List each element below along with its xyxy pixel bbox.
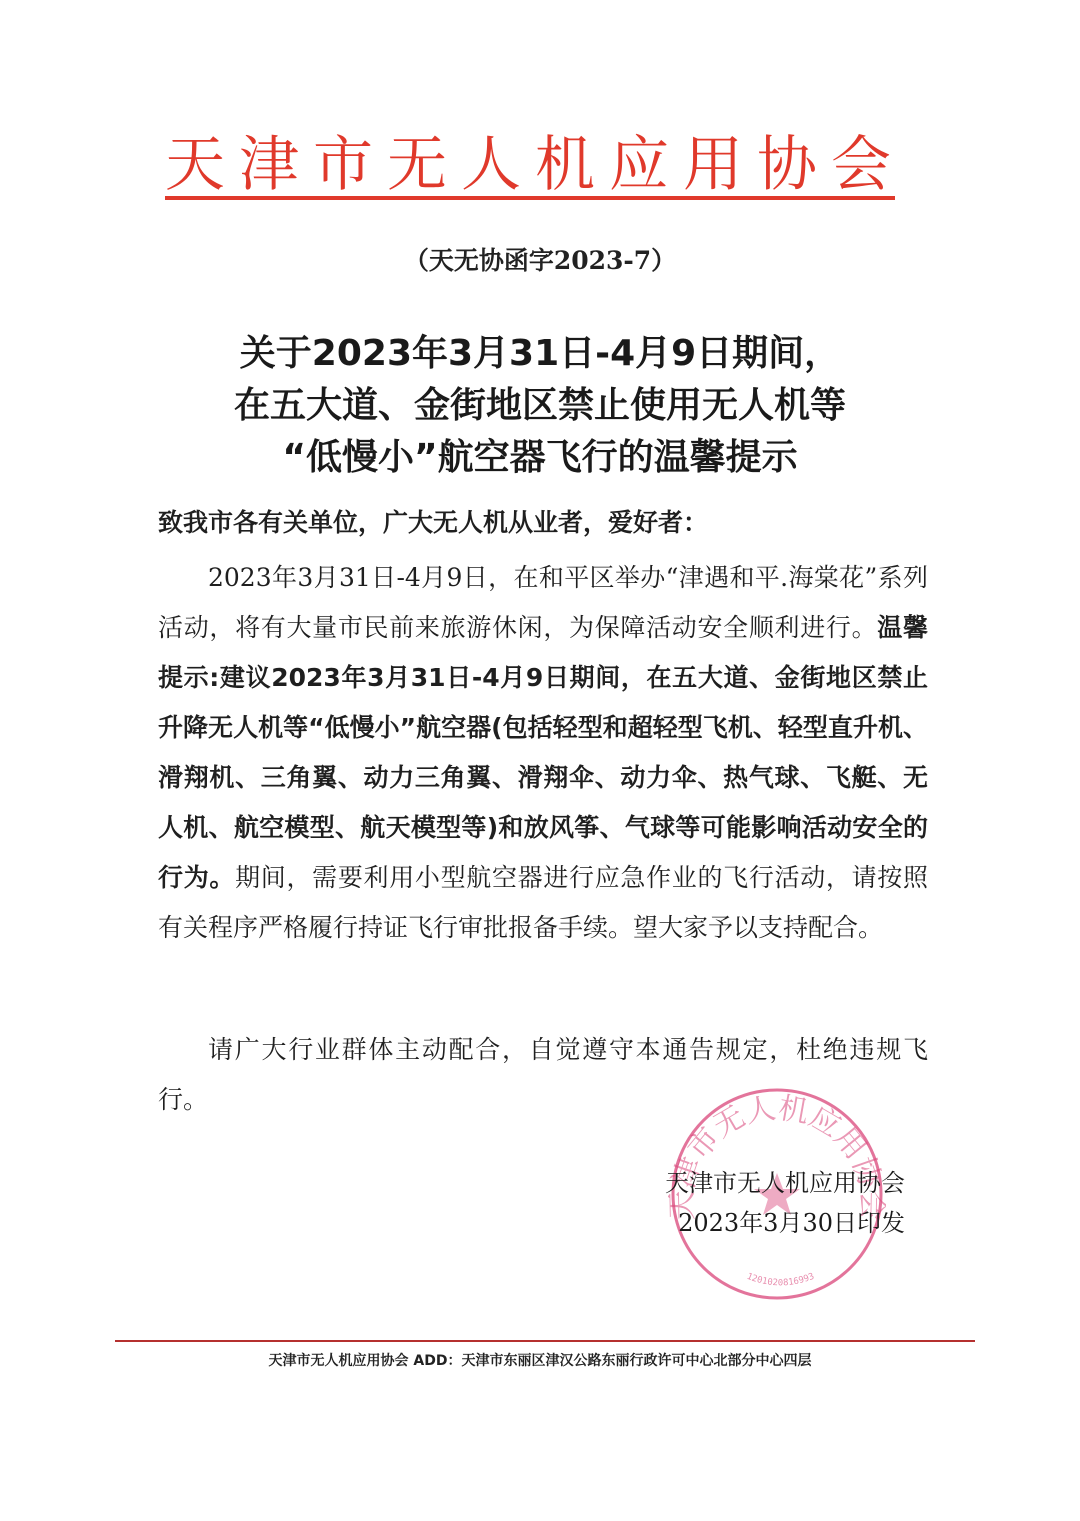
signature-org: 天津市无人机应用协会: [665, 1163, 905, 1203]
signature-date: 2023年3月30日印发: [665, 1203, 905, 1243]
footer-address: 天津市无人机应用协会 ADD：天津市东丽区津汉公路东丽行政许可中心北部分中心四层: [0, 1350, 1080, 1370]
title-line-3: “低慢小”航空器飞行的温馨提示: [0, 432, 1080, 484]
seal-serial: 1201020816993: [745, 1272, 816, 1289]
paragraph-main: 2023年3月31日-4月9日，在和平区举办“津遇和平.海棠花”系列活动，将有大…: [158, 553, 928, 953]
signature-block: 天津市无人机应用协会 2023年3月30日印发: [665, 1163, 905, 1243]
header-divider: [165, 196, 895, 200]
paragraph-closing: 期间，需要利用小型航空器进行应急作业的飞行活动，请按照有关程序严格履行持证飞行审…: [158, 863, 928, 942]
title-line-2: 在五大道、金街地区禁止使用无人机等: [0, 380, 1080, 432]
paragraph-intro: 2023年3月31日-4月9日，在和平区举办“津遇和平.海棠花”系列活动，将有大…: [158, 563, 928, 642]
document-title: 关于2023年3月31日-4月9日期间， 在五大道、金街地区禁止使用无人机等 “…: [0, 328, 1080, 484]
org-header-title: 天津市无人机应用协会: [165, 132, 895, 198]
paragraph-highlight: 温馨提示:建议2023年3月31日-4月9日期间，在五大道、金街地区禁止升降无人…: [158, 613, 928, 892]
title-line-1: 关于2023年3月31日-4月9日期间，: [0, 328, 1080, 380]
salutation: 致我市各有关单位，广大无人机从业者，爱好者：: [158, 498, 928, 548]
reference-number: （天无协函字2023-7）: [0, 241, 1080, 277]
footer-divider: [115, 1340, 975, 1342]
